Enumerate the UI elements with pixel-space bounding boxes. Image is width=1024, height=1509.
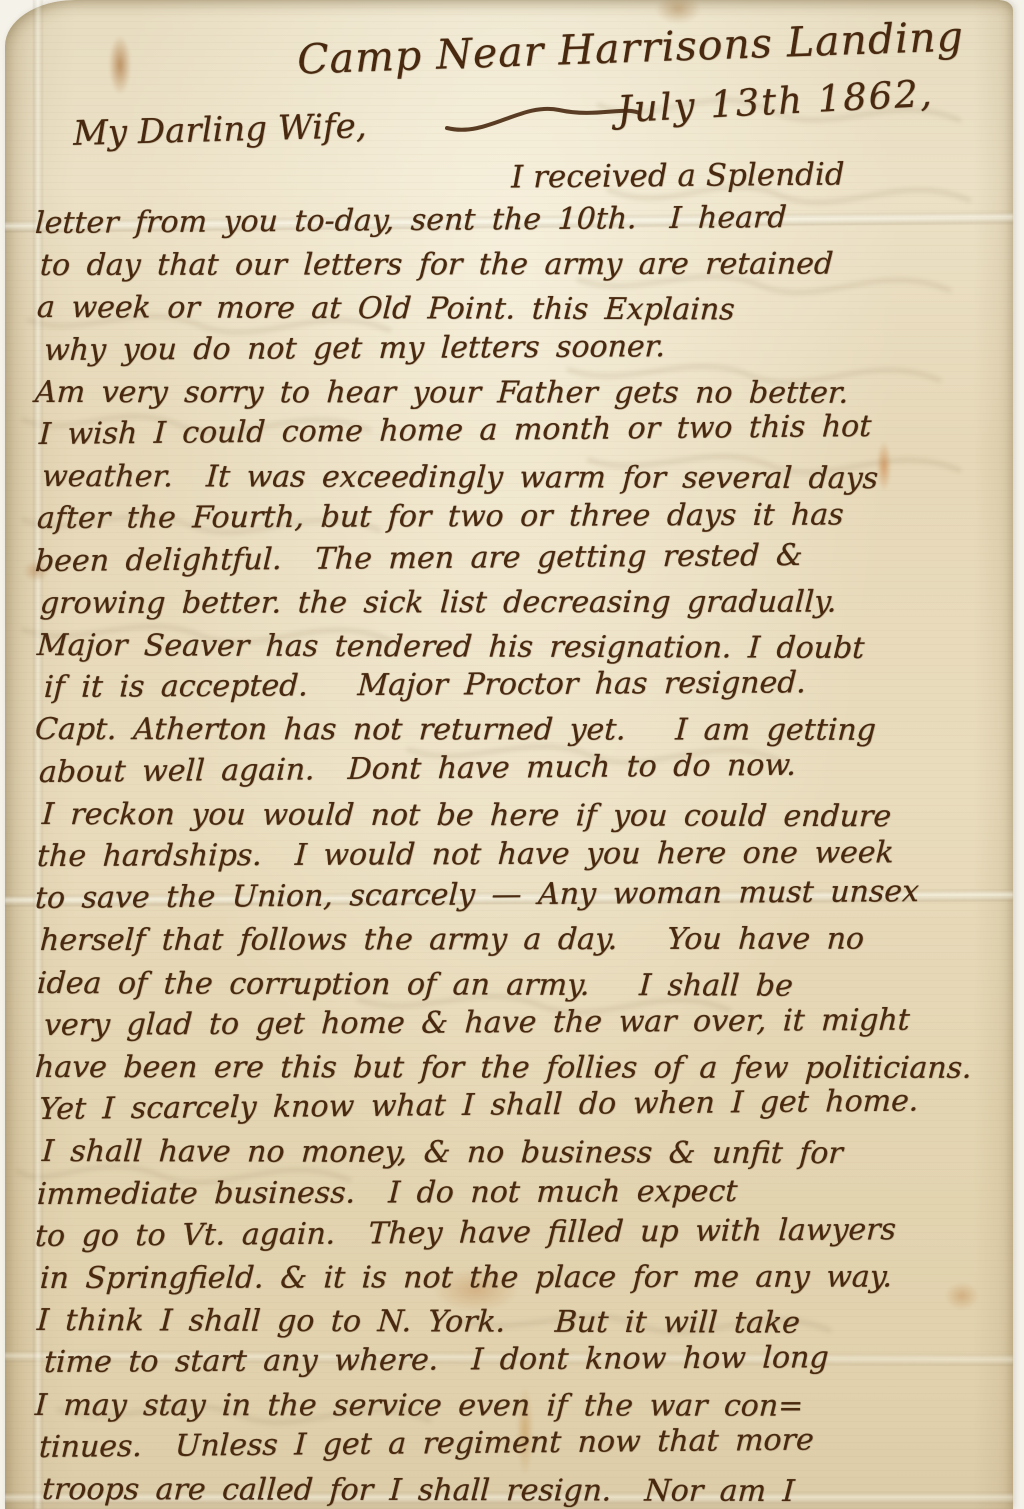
letter-line: about well again. Dont have much to do n… — [38, 742, 1004, 793]
letter-line: in Springfield. & it is not the place fo… — [39, 1256, 1004, 1300]
stain — [109, 36, 131, 94]
letter-line: growing better. the sick list decreasing… — [39, 581, 1004, 625]
salutation: My Darling Wife, — [73, 106, 368, 154]
letter-paper: Camp Near Harrisons Landing July 13th 18… — [5, 0, 1013, 1509]
letter-line: why you do not get my letters sooner. — [43, 324, 1004, 372]
scanned-letter-page: { "letter": { "heading": { "location": "… — [0, 0, 1024, 1509]
letter-line: been delightful. The men are getting res… — [34, 533, 1004, 583]
letter-line: herself that follows the army a day. You… — [39, 919, 1004, 963]
letter-body: letter from you to-day, sent the 10th. I… — [35, 203, 1003, 1509]
letter-line: to day that our letters for the army are… — [39, 244, 1004, 288]
letter-line: tinues. Unless I get a regiment now that… — [38, 1418, 1004, 1469]
opening-line: I received a Splendid — [511, 157, 845, 196]
pen-flourish — [443, 96, 643, 140]
letter-line: to go to Vt. again. They have filled up … — [34, 1208, 1004, 1258]
letter-line: troops are called for I shall resign. No… — [41, 1469, 1004, 1509]
letter-line: if it is accepted. Major Proctor has res… — [43, 661, 1004, 709]
letter-line: letter from you to-day, sent the 10th. I… — [34, 195, 1004, 245]
letter-line: I wish I could come home a month or two … — [38, 405, 1004, 456]
letter-line: time to start any where. I dont know how… — [43, 1337, 1004, 1385]
letter-line: Yet I scarcely know what I shall do when… — [38, 1080, 1004, 1131]
letter-line: very glad to get home & have the war ove… — [43, 999, 1004, 1047]
letter-line: to save the Union, scarcely — Any woman … — [34, 871, 1004, 921]
